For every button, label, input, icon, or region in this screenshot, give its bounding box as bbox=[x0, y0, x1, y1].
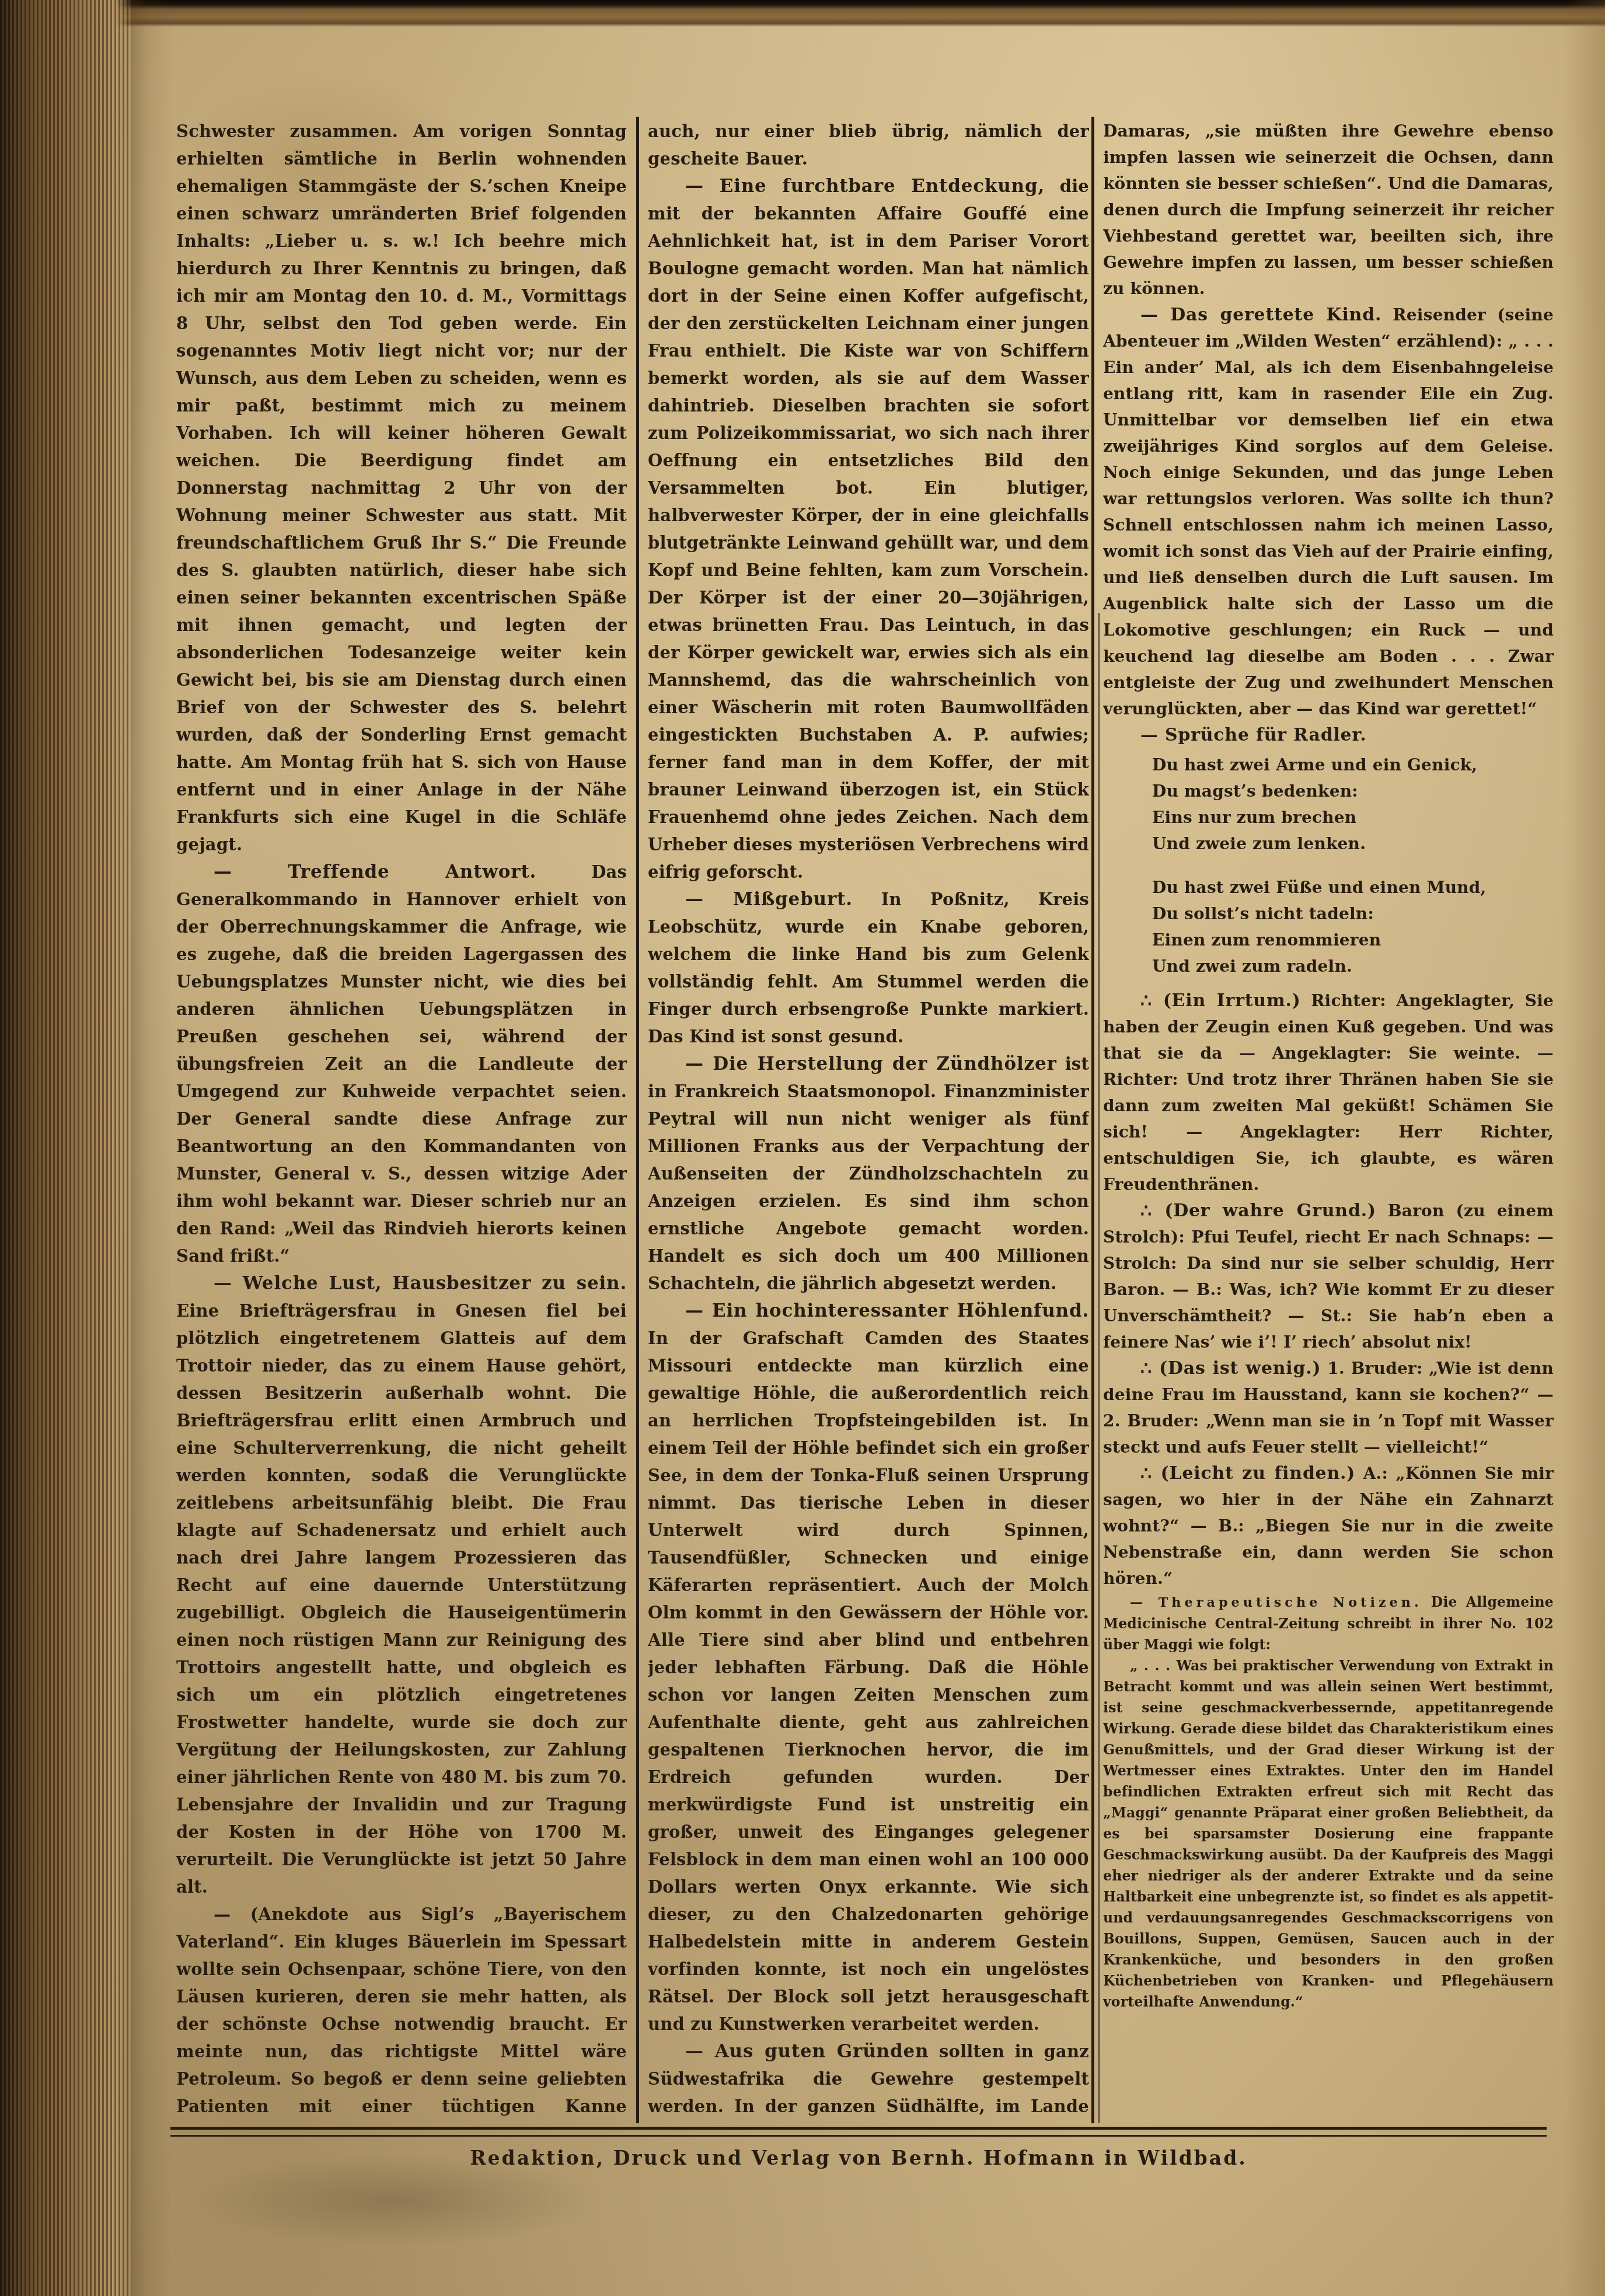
radler-poem-stanza-2: Du hast zwei Füße und einen Mund, Du sol… bbox=[1152, 874, 1554, 979]
article-text: In der Grafschaft Camden des Staates Mis… bbox=[648, 1328, 1089, 2034]
poem-line: Und zweie zum lenken. bbox=[1152, 831, 1554, 857]
column-rule-double bbox=[1098, 613, 1100, 2123]
article-text: Reisender (seine Abenteuer im „Wilden We… bbox=[1103, 305, 1554, 718]
article-gewehre-continuation: Damaras, „sie müßten ihre Gewehre ebenso… bbox=[1103, 118, 1554, 302]
poem-line: Du hast zwei Arme und ein Genick, bbox=[1152, 752, 1554, 778]
imprint-line: Redaktion, Druck und Verlag von Bernh. H… bbox=[170, 2147, 1547, 2169]
article-hausbesitzer: — Welche Lust, Hausbesitzer zu sein. Ein… bbox=[176, 1270, 627, 1901]
joke-lead: ∴ (Ein Irrtum.) bbox=[1140, 990, 1301, 1011]
poem-line: Du magst’s bedenken: bbox=[1152, 778, 1554, 804]
joke-lead: ∴ (Der wahre Grund.) bbox=[1140, 1201, 1376, 1221]
article-lead: — Das gerettete Kind. bbox=[1140, 305, 1381, 325]
article-text: ist in Frankreich Staatsmonopol. Finanzm… bbox=[648, 1054, 1089, 1293]
article-lead: — Sprüche für Radler. bbox=[1140, 725, 1367, 745]
page-right-edge-shadow bbox=[1564, 0, 1605, 2296]
book-binding-gutter bbox=[0, 0, 131, 2296]
poem-line: Du sollst’s nicht tadeln: bbox=[1152, 901, 1554, 927]
poem-line: Einen zum renommieren bbox=[1152, 927, 1554, 953]
column-rule bbox=[1091, 117, 1094, 2123]
newspaper-column-1: Schwester zusammen. Am vorigen Sonntag e… bbox=[176, 118, 627, 2123]
article-text: — (Anekdote aus Sigl’s „Bayerischem Vate… bbox=[176, 1904, 627, 2123]
article-zuendhoelzer: — Die Herstellung der Zündhölzer ist in … bbox=[648, 1051, 1089, 1297]
article-text: die mit der bekannten Affaire Gouffé ein… bbox=[648, 176, 1089, 882]
article-missgeburt: — Mißgeburt. In Poßnitz, Kreis Leobschüt… bbox=[648, 886, 1089, 1051]
joke-ein-irrtum: ∴ (Ein Irrtum.) Richter: Angeklagter, Si… bbox=[1103, 988, 1554, 1198]
article-text: Damaras, „sie müßten ihre Gewehre ebenso… bbox=[1103, 121, 1554, 298]
article-lead: — Therapeutische Notizen. bbox=[1130, 1595, 1422, 1610]
article-gewehre-stempeln: — Aus guten Gründen sollten in ganz Südw… bbox=[648, 2038, 1089, 2123]
poem-line: Und zwei zum radeln. bbox=[1152, 953, 1554, 979]
article-lead: — Mißgeburt. bbox=[685, 889, 853, 910]
article-lead: — Welche Lust, Hausbesitzer zu sein. bbox=[214, 1273, 627, 1294]
article-anekdote-continuation: auch, nur einer blieb übrig, nämlich der… bbox=[648, 118, 1089, 173]
article-anekdote-sigl: — (Anekdote aus Sigl’s „Bayerischem Vate… bbox=[176, 1901, 627, 2123]
article-text: auch, nur einer blieb übrig, nämlich der… bbox=[648, 121, 1089, 169]
joke-leicht-zu-finden: ∴ (Leicht zu finden.) A.: „Können Sie mi… bbox=[1103, 1460, 1554, 1592]
footer-rule bbox=[170, 2127, 1547, 2137]
article-text: Schwester zusammen. Am vorigen Sonntag e… bbox=[176, 121, 627, 854]
newspaper-page-scan: Schwester zusammen. Am vorigen Sonntag e… bbox=[0, 0, 1605, 2296]
article-text: In Poßnitz, Kreis Leobschütz, wurde ein … bbox=[648, 889, 1089, 1046]
article-lead: — Eine furchtbare Entdeckung, bbox=[685, 176, 1045, 197]
article-treffende-antwort: — Treffende Antwort. Das Generalkommando… bbox=[176, 859, 627, 1270]
article-lead: — Ein hochinteressanter Höhlenfund. bbox=[685, 1300, 1089, 1321]
article-hoehlenfund: — Ein hochinteressanter Höhlenfund. In d… bbox=[648, 1297, 1089, 2038]
article-maggi-quote: „ . . . Was bei praktischer Verwendung v… bbox=[1103, 1655, 1554, 2012]
poem-line: Du hast zwei Füße und einen Mund, bbox=[1152, 874, 1554, 901]
joke-lead: ∴ (Leicht zu finden.) bbox=[1140, 1463, 1355, 1484]
article-gerettetes-kind: — Das gerettete Kind. Reisender (seine A… bbox=[1103, 302, 1554, 722]
article-text: Eine Briefträgersfrau in Gnesen fiel bei… bbox=[176, 1301, 627, 1897]
article-suicide-letter-continuation: Schwester zusammen. Am vorigen Sonntag e… bbox=[176, 118, 627, 859]
joke-text: Richter: Angeklagter, Sie haben der Zeug… bbox=[1103, 991, 1554, 1194]
article-lead: — Die Herstellung der Zündhölzer bbox=[685, 1053, 1057, 1074]
joke-text: Baron (zu einem Strolch): Pfui Teufel, r… bbox=[1103, 1201, 1554, 1352]
newspaper-column-3: Damaras, „sie müßten ihre Gewehre ebenso… bbox=[1103, 118, 1554, 2123]
joke-das-ist-wenig: ∴ (Das ist wenig.) 1. Bruder: „Wie ist d… bbox=[1103, 1355, 1554, 1460]
article-sprueche-fuer-radler-heading: — Sprüche für Radler. bbox=[1103, 722, 1554, 748]
column-rule bbox=[636, 117, 639, 2123]
article-text: „ . . . Was bei praktischer Verwendung v… bbox=[1103, 1658, 1554, 2010]
article-furchtbare-entdeckung: — Eine furchtbare Entdeckung, die mit de… bbox=[648, 173, 1089, 886]
poem-line: Eins nur zum brechen bbox=[1152, 804, 1554, 831]
book-top-edge bbox=[0, 0, 1605, 27]
joke-der-wahre-grund: ∴ (Der wahre Grund.) Baron (zu einem Str… bbox=[1103, 1198, 1554, 1355]
joke-lead: ∴ (Das ist wenig.) bbox=[1140, 1358, 1321, 1379]
page-crease bbox=[131, 0, 172, 2296]
article-therapeutische-notizen: — Therapeutische Notizen. Die Allgemeine… bbox=[1103, 1592, 1554, 1655]
article-lead: — Treffende Antwort. bbox=[214, 861, 536, 882]
article-text: Das Generalkommando in Hannover erhielt … bbox=[176, 862, 627, 1266]
article-lead: — Aus guten Gründen bbox=[685, 2041, 929, 2062]
newspaper-column-2: auch, nur einer blieb übrig, nämlich der… bbox=[648, 118, 1089, 2123]
radler-poem-stanza-1: Du hast zwei Arme und ein Genick, Du mag… bbox=[1152, 752, 1554, 857]
